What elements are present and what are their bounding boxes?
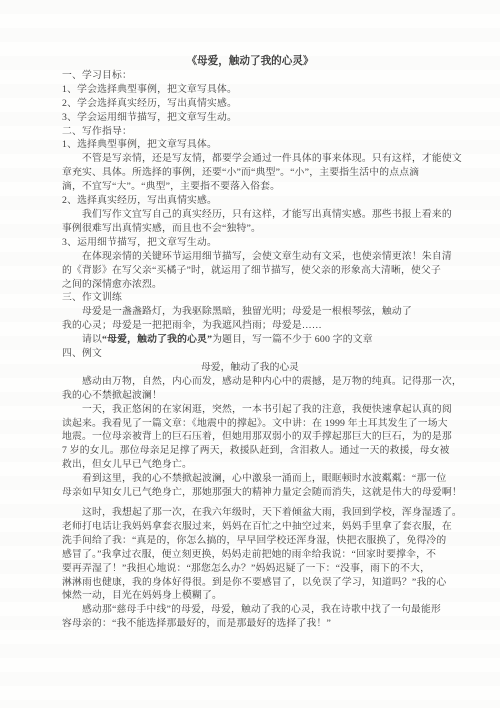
essay-line: 感动那“慈母手中线”的母爱，母爱，触动了我的心灵，我在诗歌中找了一句最能形 [62, 603, 438, 617]
example-title: 母爱，触动了我的心灵 [62, 361, 438, 375]
assignment-prefix: 请以 [82, 334, 102, 345]
goal-line: 2、学会选择真实经历，写出真情实感。 [62, 97, 438, 111]
body-line: 滴，不宜写“大”。“典型”，主要指不要落入俗套。 [62, 180, 438, 194]
essay-line: 这时，我想起了那一次，在我六年级时，天下着倾盆大雨，我回到学校，浑身湿透了。 [62, 506, 438, 520]
assignment-line: 请以“母爱，触动了我的心灵”为题目，写一篇不少于 600 字的文章 [62, 333, 438, 347]
essay-line: 要再弄湿了！”我担心地说：“那您怎么办？”妈妈迟疑了一下：“没事，雨下的不大， [62, 562, 438, 576]
essay-line: 看到这里，我的心不禁掀起波澜，心中激泉一涌而上，眼眶顿时水波粼粼：“那一位 [62, 472, 438, 486]
essay-line: 地震。一位母亲被背上的巨石压着，但她用那双弱小的双手撑起那巨大的巨石，为的是那 [62, 430, 438, 444]
body-line: 不管是写亲情，还是写友情，都要学会通过一件具体的事来体现。只有这样，才能使文 [62, 152, 438, 166]
essay-line: 7 岁的女儿。那位母亲足足撑了两天，救援队赶到，含泪救人。通过一天的救援，母女被 [62, 444, 438, 458]
section-heading: 四、例文 [62, 347, 438, 361]
body-line: 之间的深情愈亦浓烈。 [62, 278, 438, 292]
essay-line: 悚然一动，目光在妈妈身上模糊了。 [62, 589, 438, 603]
doc-title: 《母爱，触动了我的心灵》 [62, 55, 438, 69]
document-page: 《母爱，触动了我的心灵》 一、学习目标： 1、学会选择典型事例，把文章写具体。 … [0, 0, 500, 708]
guide-point: 2、选择真实经历，写出真情实感。 [62, 194, 438, 208]
guide-point: 1、选择典型事例，把文章写具体。 [62, 138, 438, 152]
essay-line: 一天，我正悠闲的在家闲逛，突然，一本书引起了我的注意，我便快速拿起认真的阅 [62, 403, 438, 417]
assignment-suffix: 为题目，写一篇不少于 600 字的文章 [212, 334, 373, 345]
assignment-topic: “母爱，触动了我的心灵” [102, 334, 212, 345]
body-line: 母爱是一盏盏路灯，为我驱除黑暗，独留光明；母爱是一根根琴弦，触动了 [62, 305, 438, 319]
section-heading: 二、写作指导： [62, 125, 438, 139]
body-line: 我们写作文宜写自己的真实经历，只有这样，才能写出真情实感。那些书报上看来的 [62, 208, 438, 222]
goal-line: 3、学会运用细节描写，把文章写生动。 [62, 111, 438, 125]
section-heading: 一、学习目标： [62, 69, 438, 83]
essay-line: 容母亲的：“我不能选择那最好的，而是那最好的选择了我！” [62, 617, 438, 631]
goal-line: 1、学会选择典型事例，把文章写具体。 [62, 83, 438, 97]
essay-line: 洗手间给了我：“真是的，你怎么搞的，早早回学校还浑身湿，快把衣服换了，免得冷的 [62, 534, 438, 548]
body-line: 章充实、具体。所选择的事例，还要“小”而“典型”。“小”，主要指生活中的点点滴 [62, 166, 438, 180]
essay-line: 母亲如早知女儿已气绝身亡，那她那强大的精神力量定会随而消失，这就是伟大的母爱啊！ [62, 486, 438, 500]
essay-line: 淋淋雨也健康，我的身体好得很。到是你不要感冒了，以免误了学习，知道吗？”我的心 [62, 576, 438, 590]
essay-line: 读起来。我看见了一篇文章：《地震中的撑起》。文中讲：在 1999 年土耳其发生了… [62, 417, 438, 431]
body-line: 在体现亲情的关键环节运用细节描写，会使文章生动有文采，也使亲情更浓！朱自清 [62, 250, 438, 264]
essay-line: 老师打电话让我妈妈拿套衣服过来，妈妈在百忙之中抽空过来，妈妈手里拿了套衣服，在 [62, 520, 438, 534]
guide-point: 3、运用细节描写，把文章写生动。 [62, 236, 438, 250]
body-line: 的《背影》在写父亲“买橘子”时，就运用了细节描写，使父亲的形象高大清晰，使父子 [62, 264, 438, 278]
body-line: 我的心灵；母爱是一把把雨伞，为我遮风挡雨；母爱是…… [62, 319, 438, 333]
body-line: 事例很难写出真情实感，而且也不会“独特”。 [62, 222, 438, 236]
section-heading: 三、作文训练 [62, 291, 438, 305]
essay-line: 我的心不禁掀起波澜！ [62, 389, 438, 403]
essay-line: 感冒了。”我拿过衣服，便立刻更换，妈妈走前把她的雨伞给我说：“回家时要撑伞，不 [62, 548, 438, 562]
essay-line: 救出，但女儿早已气绝身亡。 [62, 458, 438, 472]
essay-line: 感动由万物，自然，内心而发，感动是种内心中的震撼，是万物的纯真。记得那一次， [62, 375, 438, 389]
